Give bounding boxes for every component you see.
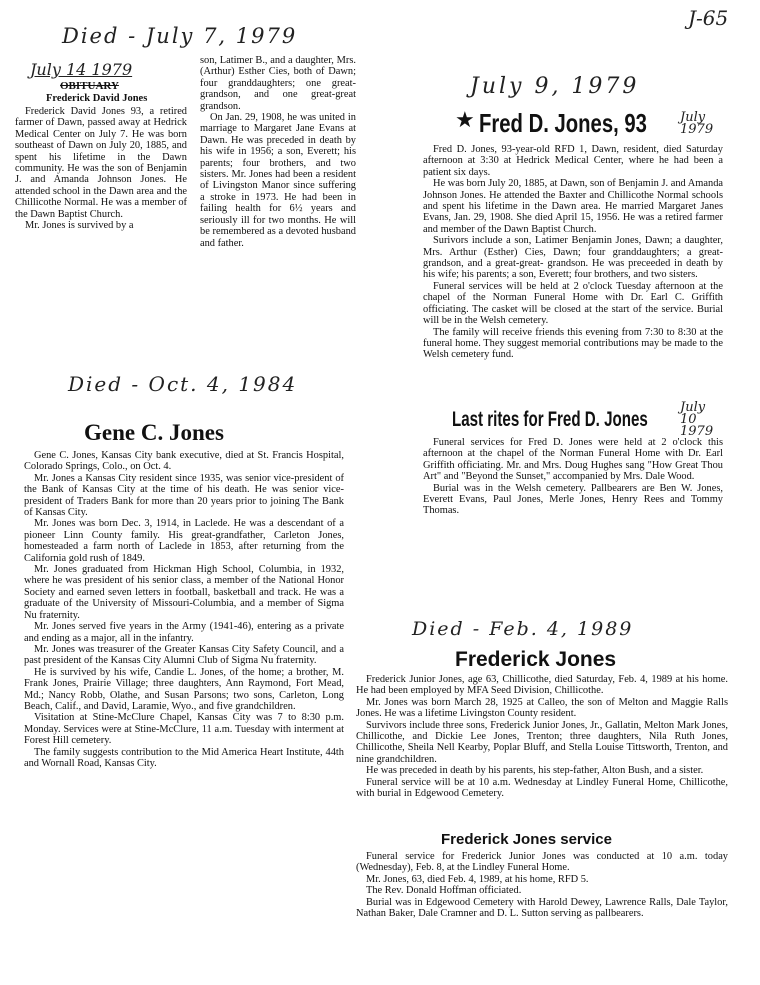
clip4-headline: Gene C. Jones — [84, 420, 224, 446]
paragraph: On Jan. 29, 1908, he was united in marri… — [200, 112, 356, 249]
paragraph: Funeral services for Fred D. Jones were … — [423, 437, 723, 483]
clip4-body: Gene C. Jones, Kansas City bank executiv… — [24, 450, 344, 769]
paragraph: Mr. Jones, 63, died Feb. 4, 1989, at his… — [356, 874, 728, 885]
paragraph: Burial was in Edgewood Cemetery with Har… — [356, 897, 728, 920]
paragraph: Visitation at Stine-McClure Chapel, Kans… — [24, 712, 344, 746]
paragraph: He is survived by his wife, Candie L. Jo… — [24, 667, 344, 713]
clip5-handwritten-date: Died - Feb. 4, 1989 — [412, 618, 633, 640]
clip2-handwritten-margin: July 1979 — [680, 112, 720, 136]
clip6-headline: Frederick Jones service — [441, 831, 612, 848]
clip2-body: Fred D. Jones, 93-year-old RFD 1, Dawn, … — [423, 144, 723, 361]
clip3-body: Funeral services for Fred D. Jones were … — [423, 437, 723, 517]
paragraph: Fred D. Jones, 93-year-old RFD 1, Dawn, … — [423, 144, 723, 178]
clip1-handwritten-overlay: July 14 1979 — [30, 60, 132, 79]
paragraph: Survivors include three sons, Frederick … — [356, 720, 728, 766]
paragraph: Burial was in the Welsh cemetery. Pallbe… — [423, 483, 723, 517]
star-icon: ★ — [455, 108, 475, 133]
paragraph: Frederick David Jones 93, a retired farm… — [15, 106, 187, 220]
paragraph: Mr. Jones is survived by a — [15, 220, 187, 231]
clip5-headline: Frederick Jones — [455, 648, 616, 672]
clip3-headline: Last rites for Fred D. Jones — [452, 408, 648, 432]
paragraph: He was born July 20, 1885, at Dawn, son … — [423, 178, 723, 235]
paragraph: Funeral services will be held at 2 o'clo… — [423, 281, 723, 327]
clip6-body: Funeral service for Frederick Junior Jon… — [356, 851, 728, 919]
clip1-section-label: OBITUARY — [60, 80, 119, 92]
paragraph: Frederick Junior Jones, age 63, Chillico… — [356, 674, 728, 697]
paragraph: Mr. Jones was treasurer of the Greater K… — [24, 644, 344, 667]
clip2-headline: Fred D. Jones, 93 — [479, 108, 647, 139]
paragraph: Gene C. Jones, Kansas City bank executiv… — [24, 450, 344, 473]
clip1-handwritten-date: Died - July 7, 1979 — [62, 24, 297, 48]
clip1-name-line: Frederick David Jones — [46, 93, 147, 104]
paragraph: Funeral service will be at 10 a.m. Wedne… — [356, 777, 728, 800]
paragraph: Mr. Jones a Kansas City resident since 1… — [24, 473, 344, 519]
paragraph: Mr. Jones graduated from Hickman High Sc… — [24, 564, 344, 621]
clip3-handwritten-margin: July 10 1979 — [680, 402, 720, 438]
paragraph: Mr. Jones was born Dec. 3, 1914, in Lacl… — [24, 518, 344, 564]
paragraph: Mr. Jones served five years in the Army … — [24, 621, 344, 644]
paragraph: The family will receive friends this eve… — [423, 327, 723, 361]
paragraph: Mr. Jones was born March 28, 1925 at Cal… — [356, 697, 728, 720]
paragraph: Surivors include a son, Latimer Benjamin… — [423, 235, 723, 281]
paragraph: He was preceded in death by his parents,… — [356, 765, 728, 776]
paragraph: son, Latimer B., and a daughter, Mrs. (A… — [200, 55, 356, 112]
clip1-column-2: son, Latimer B., and a daughter, Mrs. (A… — [200, 55, 356, 249]
clip4-handwritten-date: Died - Oct. 4, 1984 — [68, 372, 297, 396]
paragraph: The family suggests contribution to the … — [24, 747, 344, 770]
clip2-handwritten-date: July 9, 1979 — [470, 74, 639, 99]
paragraph: The Rev. Donald Hoffman officiated. — [356, 885, 728, 896]
clip2-headline-row: ★ Fred D. Jones, 93 — [455, 108, 694, 139]
page-code: J-65 — [688, 6, 728, 30]
clip5-body: Frederick Junior Jones, age 63, Chillico… — [356, 674, 728, 799]
clip1-column-1: Frederick David Jones 93, a retired farm… — [15, 106, 187, 231]
paragraph: Funeral service for Frederick Junior Jon… — [356, 851, 728, 874]
